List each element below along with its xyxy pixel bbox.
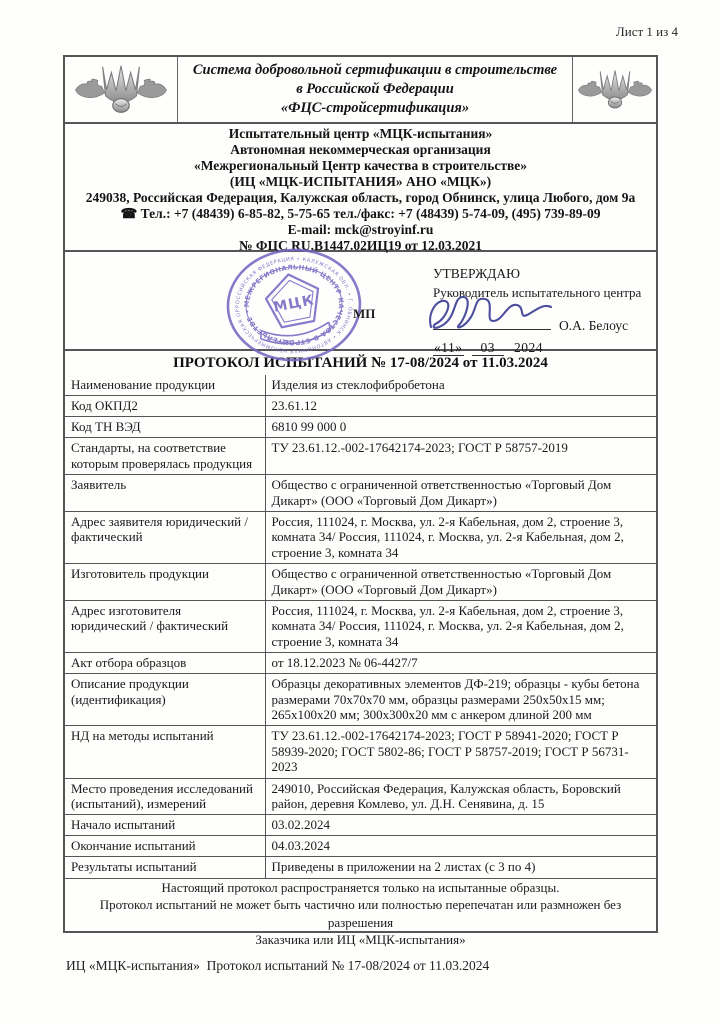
system-line: «ФЦС-стройсертификация» [186, 99, 564, 118]
stamp-center-text: МЦК [272, 292, 316, 316]
table-row: Адрес изготовителя юридический / фактиче… [65, 600, 656, 652]
table-row: Окончание испытаний 04.03.2024 [65, 836, 656, 857]
note-line: Протокол испытаний не может быть частичн… [91, 896, 630, 931]
info-line: Автономная некоммерческая организация [65, 142, 656, 158]
row-label: Код ОКПД2 [65, 396, 265, 417]
scanned-protocol-page: Лист 1 из 4 [0, 0, 721, 1024]
row-label: Изготовитель продукции [65, 563, 265, 600]
row-value: ТУ 23.61.12.-002-17642174-2023; ГОСТ Р 5… [265, 726, 656, 778]
emblem-icon [72, 61, 170, 119]
row-value: Россия, 111024, г. Москва, ул. 2-я Кабел… [265, 600, 656, 652]
row-label: Наименование продукции [65, 375, 265, 396]
restriction-notes: Настоящий протокол распространяется толь… [65, 879, 656, 962]
row-value: Приведены в приложении на 2 листах (с 3 … [265, 857, 656, 878]
test-center-info: Испытательный центр «МЦК-испытания» Авто… [65, 124, 656, 252]
emblem-icon [576, 65, 654, 115]
row-value: 249010, Российская Федерация, Калужская … [265, 778, 656, 815]
table-row: Код ОКПД2 23.61.12 [65, 396, 656, 417]
certification-system-title: Система добровольной сертификации в стро… [178, 57, 572, 122]
row-label: НД на методы испытаний [65, 726, 265, 778]
table-row: Наименование продукции Изделия из стекло… [65, 375, 656, 396]
table-row: Стандарты, на соответствие которым прове… [65, 438, 656, 475]
row-label: Код ТН ВЭД [65, 417, 265, 438]
row-label: Место проведения исследований (испытаний… [65, 778, 265, 815]
table-row: Адрес заявителя юридический / фактически… [65, 511, 656, 563]
table-row: Код ТН ВЭД 6810 99 000 0 [65, 417, 656, 438]
stamp-outer-ring-text: РОССИЙСКАЯ ФЕДЕРАЦИЯ • КАЛУЖСКАЯ ОБЛ. • … [220, 243, 355, 357]
row-label: Адрес изготовителя юридический / фактиче… [65, 600, 265, 652]
row-value: Общество с ограниченной ответственностью… [265, 474, 656, 511]
row-value: 03.02.2024 [265, 815, 656, 836]
row-value: Общество с ограниченной ответственностью… [265, 563, 656, 600]
row-value: 23.61.12 [265, 396, 656, 417]
approval-section: РОССИЙСКАЯ ФЕДЕРАЦИЯ • КАЛУЖСКАЯ ОБЛ. • … [65, 252, 656, 351]
row-value: 04.03.2024 [265, 836, 656, 857]
table-row: Результаты испытаний Приведены в приложе… [65, 857, 656, 878]
stamp-ring-text: МЕЖРЕГИОНАЛЬНЫЙ ЦЕНТР КАЧЕСТВА В СТРОИТЕ… [241, 261, 348, 349]
table-row: Начало испытаний 03.02.2024 [65, 815, 656, 836]
page-footer: ИЦ «МЦК-испытания» Протокол испытаний № … [66, 958, 489, 974]
left-logo-cell [65, 57, 178, 122]
mp-mark: МП [353, 306, 375, 322]
info-line: 249038, Российская Федерация, Калужская … [65, 190, 656, 206]
info-line: «Межрегиональный Центр качества в строит… [65, 158, 656, 174]
row-value: ТУ 23.61.12.-002-17642174-2023; ГОСТ Р 5… [265, 438, 656, 475]
row-value: от 18.12.2023 № 06-4427/7 [265, 652, 656, 673]
row-label: Описание продукции (идентификация) [65, 674, 265, 726]
round-stamp-seal: РОССИЙСКАЯ ФЕДЕРАЦИЯ • КАЛУЖСКАЯ ОБЛ. • … [220, 243, 368, 368]
note-line: Настоящий протокол распространяется толь… [91, 879, 630, 897]
row-label: Результаты испытаний [65, 857, 265, 878]
system-line: Система добровольной сертификации в стро… [186, 61, 564, 80]
approver-name: О.А. Белоус [559, 318, 628, 333]
info-line: ☎ Тел.: +7 (48439) 6-85-82, 5-75-65 тел.… [65, 206, 656, 222]
table-row: Акт отбора образцов от 18.12.2023 № 06-4… [65, 652, 656, 673]
note-line: Заказчика или ИЦ «МЦК-испытания» [91, 931, 630, 949]
table-row: НД на методы испытаний ТУ 23.61.12.-002-… [65, 726, 656, 778]
row-value: 6810 99 000 0 [265, 417, 656, 438]
approval-block: УТВЕРЖДАЮ Руководитель испытательного це… [433, 265, 653, 357]
row-label: Адрес заявителя юридический / фактически… [65, 511, 265, 563]
row-label: Начало испытаний [65, 815, 265, 836]
signature [423, 285, 558, 337]
row-value: Образцы декоративных элементов ДФ-219; о… [265, 674, 656, 726]
table-row: Изготовитель продукции Общество с ограни… [65, 563, 656, 600]
info-line: E-mail: mck@stroyinf.ru [65, 222, 656, 238]
protocol-title: ПРОТОКОЛ ИСПЫТАНИЙ № 17-08/2024 от 11.03… [65, 351, 656, 375]
table-row: Заявитель Общество с ограниченной ответс… [65, 474, 656, 511]
row-value: Изделия из стеклофибробетона [265, 375, 656, 396]
table-row: Описание продукции (идентификация) Образ… [65, 674, 656, 726]
right-logo-cell [572, 57, 656, 122]
system-line: в Российской Федерации [186, 80, 564, 99]
row-label: Заявитель [65, 474, 265, 511]
document-frame: Система добровольной сертификации в стро… [63, 55, 658, 933]
row-label: Акт отбора образцов [65, 652, 265, 673]
signature-row: О.А. Белоус [433, 317, 653, 335]
table-row: Место проведения исследований (испытаний… [65, 778, 656, 815]
row-label: Стандарты, на соответствие которым прове… [65, 438, 265, 475]
sheet-number-label: Лист 1 из 4 [616, 24, 678, 40]
protocol-table: Наименование продукции Изделия из стекло… [65, 375, 656, 879]
header-band: Система добровольной сертификации в стро… [65, 57, 656, 124]
approve-label: УТВЕРЖДАЮ [433, 265, 653, 283]
info-line: Испытательный центр «МЦК-испытания» [65, 126, 656, 142]
info-line: (ИЦ «МЦК-ИСПЫТАНИЯ» АНО «МЦК») [65, 174, 656, 190]
row-value: Россия, 111024, г. Москва, ул. 2-я Кабел… [265, 511, 656, 563]
row-label: Окончание испытаний [65, 836, 265, 857]
